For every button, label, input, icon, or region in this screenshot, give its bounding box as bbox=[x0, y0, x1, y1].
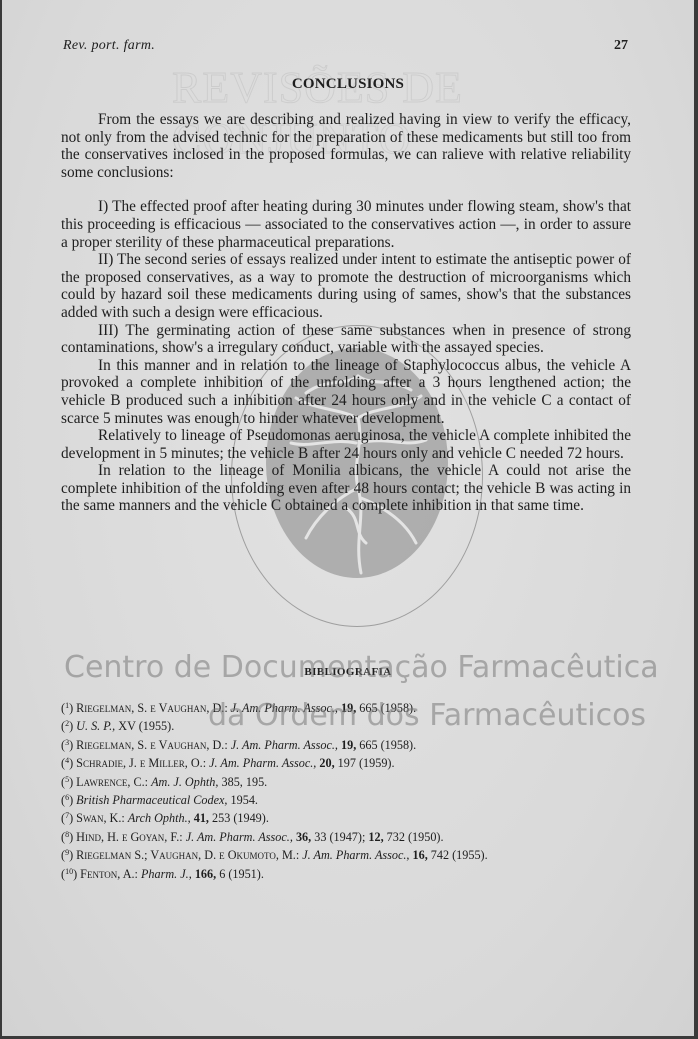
reference-volume: 16, bbox=[413, 848, 428, 862]
reference-volume: 41, bbox=[194, 811, 209, 825]
reference-pages-year: 33 (1947); bbox=[314, 830, 368, 844]
reference-volume: 36, bbox=[296, 830, 311, 844]
reference-journal: Arch Ophth., bbox=[128, 811, 191, 825]
paragraph-conclusion-3: III) The germinating action of these sam… bbox=[61, 322, 631, 357]
paragraph-monilia: In relation to the lineage of Monilia al… bbox=[61, 462, 631, 515]
reference-author: Schradie, J. e Miller, O.: bbox=[76, 756, 206, 770]
reference-number: (7) bbox=[61, 811, 76, 825]
conclusions-heading: CONCLUSIONS bbox=[2, 76, 694, 93]
reference-author: Riegelman S.; Vaughan, D. e Okumoto, M.: bbox=[76, 848, 299, 862]
bibliography-entry: (7) Swan, K.: Arch Ophth., 41, 253 (1949… bbox=[61, 808, 651, 826]
reference-pages-year: 6 (1951). bbox=[219, 867, 264, 881]
reference-number: (2) bbox=[61, 719, 76, 733]
bibliography-entry: (3) Riegelman, S. e Vaughan, D.: J. Am. … bbox=[61, 735, 651, 753]
page-content: Rev. port. farm. 27 CONCLUSIONS From the… bbox=[2, 0, 694, 1036]
reference-number: (5) bbox=[61, 775, 76, 789]
paragraph-staphylococcus: In this manner and in relation to the li… bbox=[61, 357, 631, 427]
reference-author: Hind, H. e Goyan, F.: bbox=[76, 830, 182, 844]
paragraph-pseudomonas: Relatively to lineage of Pseudomonas aer… bbox=[61, 427, 631, 462]
scanned-page: REVISÕES DE CONJUNTO Rev. port. farm. 27… bbox=[2, 0, 694, 1036]
reference-journal: U. S. P., bbox=[76, 719, 115, 733]
reference-number: (8) bbox=[61, 830, 76, 844]
bibliography-entry: (6) British Pharmaceutical Codex, 1954. bbox=[61, 790, 651, 808]
reference-author: Fenton, A.: bbox=[80, 867, 138, 881]
reference-volume: 19, bbox=[341, 738, 356, 752]
reference-journal: J. Am. Pharm. Assoc., bbox=[231, 738, 338, 752]
watermark-line-2: da Ordem dos Farmacêuticos bbox=[208, 698, 646, 733]
reference-pages-year: 197 (1959). bbox=[338, 756, 395, 770]
reference-pages-year: 1954. bbox=[231, 793, 258, 807]
reference-number: (10) bbox=[61, 867, 80, 881]
reference-journal: Pharm. J., bbox=[141, 867, 192, 881]
conclusions-body: From the essays we are describing and re… bbox=[61, 111, 631, 515]
reference-pages-year: 742 (1955). bbox=[431, 848, 488, 862]
reference-journal: J. Am. Pharm. Assoc., bbox=[209, 756, 316, 770]
reference-journal: British Pharmaceutical Codex, bbox=[76, 793, 227, 807]
reference-journal: J. Am. Pharm. Assoc., bbox=[186, 830, 293, 844]
paragraph-conclusion-2: II) The second series of essays realized… bbox=[61, 251, 631, 321]
reference-author: Riegelman, S. e Vaughan, D.: bbox=[76, 701, 228, 715]
reference-pages-year: 385, 195. bbox=[222, 775, 268, 789]
reference-pages-year: 253 (1949). bbox=[212, 811, 269, 825]
bibliography-entry: (5) Lawrence, C.: Am. J. Ophth, 385, 195… bbox=[61, 772, 651, 790]
reference-volume-2: 12, bbox=[368, 830, 383, 844]
reference-number: (1) bbox=[61, 701, 76, 715]
reference-journal: Am. J. Ophth, bbox=[151, 775, 218, 789]
bibliography-entry: (9) Riegelman S.; Vaughan, D. e Okumoto,… bbox=[61, 845, 651, 863]
reference-number: (4) bbox=[61, 756, 76, 770]
reference-number: (3) bbox=[61, 738, 76, 752]
reference-author: Riegelman, S. e Vaughan, D.: bbox=[76, 738, 228, 752]
paragraph-conclusion-1: I) The effected proof after heating duri… bbox=[61, 198, 631, 251]
reference-volume: 166, bbox=[195, 867, 216, 881]
reference-number: (9) bbox=[61, 848, 76, 862]
reference-journal: J. Am. Pharm. Assoc., bbox=[302, 848, 409, 862]
reference-volume: 20, bbox=[319, 756, 334, 770]
reference-number: (6) bbox=[61, 793, 76, 807]
reference-author: Swan, K.: bbox=[76, 811, 125, 825]
paragraph-intro: From the essays we are describing and re… bbox=[61, 111, 631, 181]
running-head: Rev. port. farm. bbox=[63, 38, 155, 54]
reference-pages-year: XV (1955). bbox=[118, 719, 174, 733]
reference-author: Lawrence, C.: bbox=[76, 775, 148, 789]
bibliography-entry: (8) Hind, H. e Goyan, F.: J. Am. Pharm. … bbox=[61, 827, 651, 845]
page-number: 27 bbox=[614, 38, 628, 54]
reference-pages-year: 665 (1958). bbox=[359, 738, 416, 752]
watermark-line-1: Centro de Documentação Farmacêutica bbox=[64, 650, 659, 685]
bibliography-entry: (4) Schradie, J. e Miller, O.: J. Am. Ph… bbox=[61, 753, 651, 771]
reference-pages-year-2: 732 (1950). bbox=[387, 830, 444, 844]
bibliography-entry: (10) Fenton, A.: Pharm. J., 166, 6 (1951… bbox=[61, 864, 651, 882]
